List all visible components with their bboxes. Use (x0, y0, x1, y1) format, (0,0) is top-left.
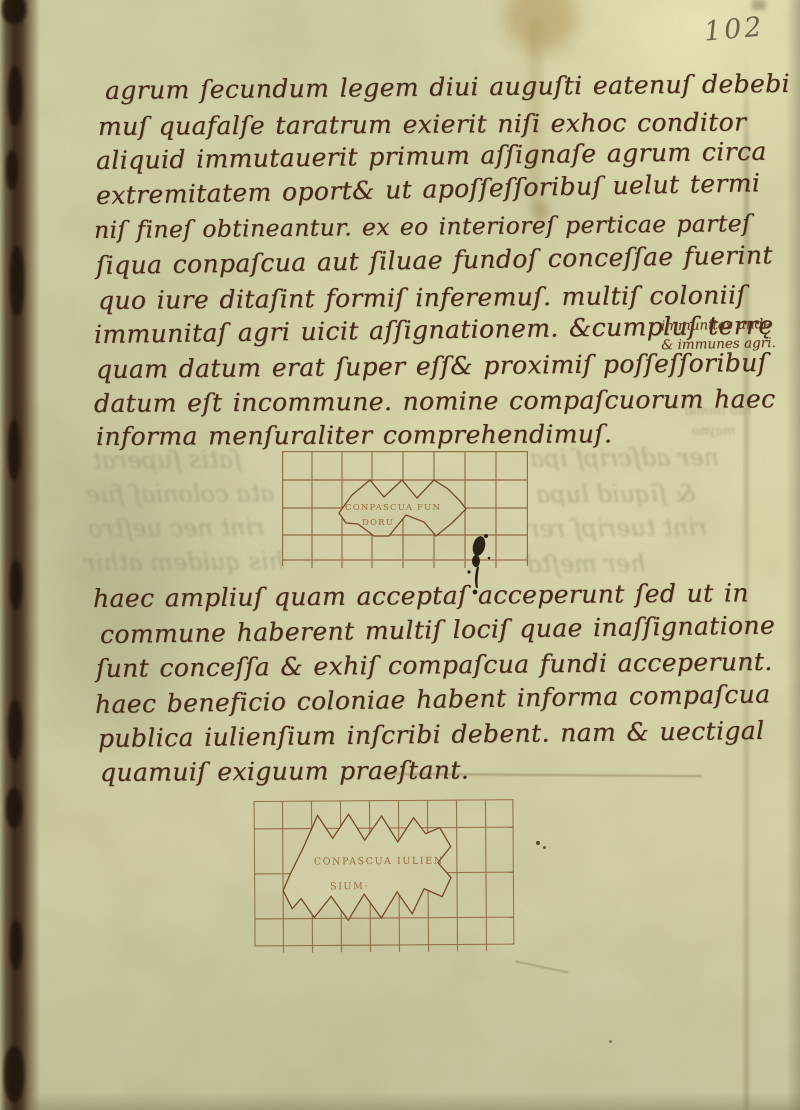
text-line-12: haec ampliuſ quam acceptaſ acceperunt ſe… (93, 578, 749, 613)
binding-stain (10, 920, 22, 970)
stain-top-center (505, 0, 577, 54)
ink-speck (543, 846, 546, 849)
notch-shadow-top (752, 0, 766, 10)
text-line-6: ſiqua conpaſcua aut ſiluae fundoſ conceſ… (96, 240, 773, 280)
binding-stain (10, 560, 22, 610)
binding-stain (6, 150, 18, 190)
ink-speck (609, 1040, 612, 1043)
edge-shadow-bottom (0, 1092, 800, 1110)
showthrough-margin-note: mayno (692, 424, 736, 439)
text-line-11: informa menſuraliter comprehendimuſ. (96, 419, 613, 451)
text-line-5: niſ fineſ obtineantur. ex eo interioreſ … (94, 209, 751, 244)
diagram-2-label-line-2: SIUM· (330, 881, 369, 892)
showthrough-line: her meſtd (526, 549, 646, 578)
margin-note-line-2: & immunes agri. (661, 334, 791, 356)
ink-blot (455, 528, 515, 600)
text-line-10: datum eſt incommune. nomine compaſcuorum… (94, 384, 776, 418)
text-line-13: commune haberent multiſ lociſ quae inaſſ… (100, 611, 776, 649)
diagram-compascua-iuliensium: CONPASCUA IULIEN SIUM· (253, 799, 514, 955)
text-line-14: ſunt conceſſa & exhiſ compaſcua fundi ac… (96, 647, 773, 683)
ink-speck (536, 841, 540, 845)
text-line-7: quo iure ditaſint formiſ inferemuſ. mult… (98, 280, 746, 315)
text-line-4: extremitatem oport& ut apoſſeſſoribuſ ue… (96, 168, 761, 210)
scratch-diagonal (515, 960, 568, 973)
text-line-17: quamuiſ exiguum praeſtant. (100, 755, 469, 787)
text-line-16: publica iulienſium inſcribi debent. nam … (98, 716, 765, 753)
text-line-1: agrum ſecundum legem diui auguſti eatenu… (105, 69, 790, 105)
binding-stain (8, 66, 22, 126)
binding-stain (2, 0, 26, 24)
margin-note: immunitas unde & immunes agri. (661, 315, 792, 356)
showthrough-line: rint tueripſ rer (528, 513, 708, 543)
text-line-15: haec beneficio coloniae habent informa c… (95, 679, 771, 719)
showthrough-line: & ſiquid lupa (536, 479, 696, 508)
binding-stain (8, 700, 22, 760)
binding-gutter (0, 0, 40, 1110)
showthrough-line: ata coloniaſ fue (86, 479, 275, 509)
binding-stain (4, 1046, 24, 1102)
binding-stain (10, 246, 24, 316)
edge-shadow-right (786, 0, 800, 1110)
text-line-2: muſ quafalſe taratrum exierit niſi exhoc… (98, 107, 747, 141)
diagram-2-label-line-1: CONPASCUA IULIEN (314, 856, 444, 868)
manuscript-page: ſatis ſuperat ata coloniaſ fue rint nec … (0, 0, 800, 1110)
diagram-1-label-line-1: CONPASCUA FUN (345, 503, 441, 513)
showthrough-line: his quidem athir (84, 547, 284, 577)
folio-number: 102 (703, 11, 766, 47)
binding-stain (6, 788, 22, 828)
showthrough-line: rint nec ueſtro (88, 513, 265, 543)
binding-stain (8, 420, 20, 480)
diagram-1-label-line-2: DORU (362, 518, 394, 528)
